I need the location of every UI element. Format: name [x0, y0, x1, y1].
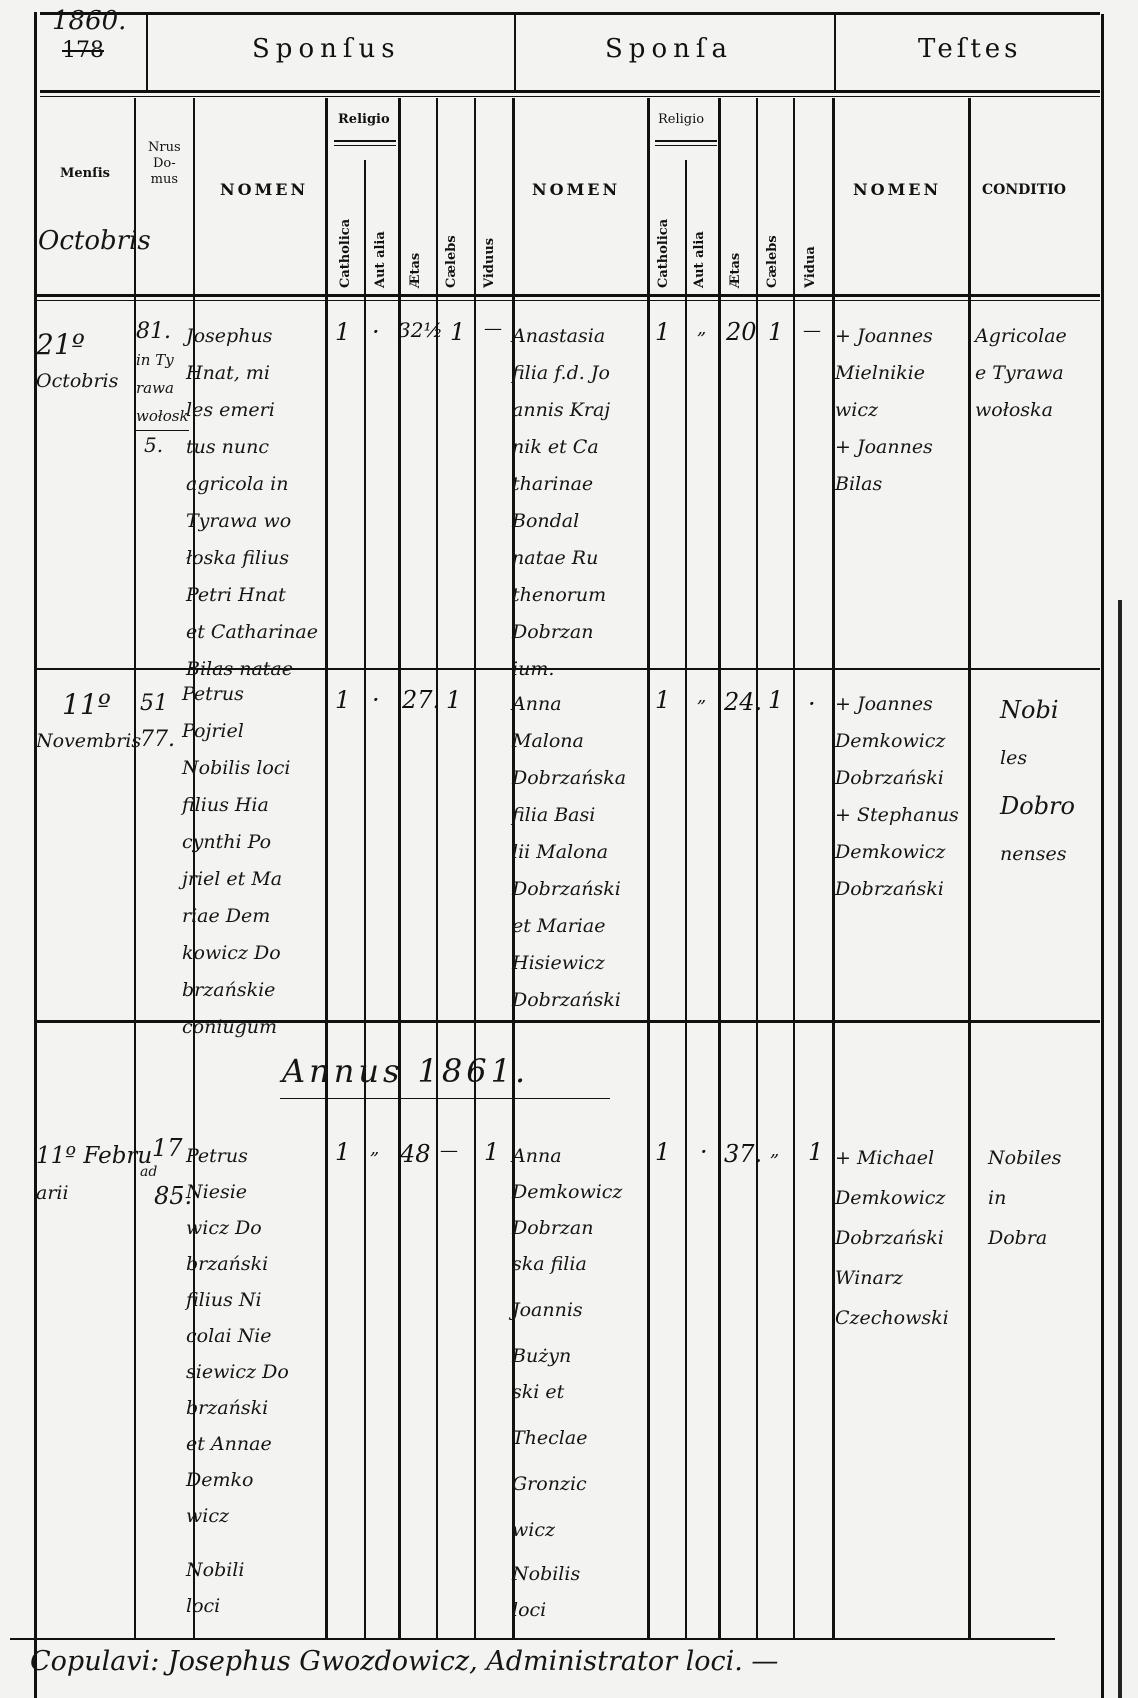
- entry-1-testis-line: + Joannes: [835, 318, 933, 355]
- entry-1-sponsus-line: Tyrawa wo: [186, 503, 318, 540]
- entry-3-conditio-line: Nobiles: [988, 1138, 1061, 1178]
- religio-rule-sponsa: [655, 140, 717, 142]
- entry-3-testes-conditio: Nobiles in Dobra: [988, 1138, 1061, 1258]
- entry-1-sponsus-aetas: 32½: [398, 318, 443, 342]
- entry-1-testis-line: + Joannes: [835, 429, 933, 466]
- entry-1-domus: 81. in Ty rawa wołosk 5.: [136, 318, 189, 459]
- group-header-rule: [40, 90, 1100, 93]
- entry-1-domus-3: rawa: [136, 374, 189, 402]
- entry-2-sponsa-aut-alia: „: [697, 686, 706, 707]
- entry-3-date: 11º Febru arii: [36, 1138, 152, 1212]
- entry-2-sponsus-aetas: 27.: [402, 686, 440, 714]
- entry-3-sponsus-line: colai Nie: [186, 1318, 289, 1354]
- entry-2-sponsa-catholica: 1: [655, 686, 670, 714]
- entry-1-sponsus-nomen: Josephus Hnat, mi les emeri tus nunc agr…: [186, 318, 318, 688]
- entry-2-sponsa-line: Dobrzański: [512, 871, 626, 908]
- entry-3-sponsa-line: Demkowicz: [512, 1174, 622, 1210]
- col-line-sponsa-nomen: [647, 98, 650, 1638]
- entry-2-testis-line: + Joannes: [835, 686, 959, 723]
- frame-right-outer: [1118, 600, 1122, 1698]
- entry-3-sponsus-line: Petrus: [186, 1138, 289, 1174]
- entry-3-sponsus-line: Demko: [186, 1462, 289, 1498]
- entry-3-conditio-line: in: [988, 1178, 1061, 1218]
- col-line-sponsus-nomen: [325, 98, 328, 1638]
- entry-2-sponsus-line: filius Hia: [182, 787, 290, 824]
- entry-3-sponsus-line: Nobili: [186, 1552, 289, 1588]
- entry-1-domus-2: in Ty: [136, 346, 189, 374]
- col-header-sponsus-aut-alia: Aut alia: [373, 231, 388, 288]
- entry-3-day-month: 11º Febru: [36, 1138, 152, 1175]
- entry-3-sponsa-line: ski et: [512, 1374, 622, 1410]
- entry-3-sponsus-line: loci: [186, 1588, 289, 1624]
- entry-3-domus-2: ad: [140, 1160, 192, 1184]
- entry-1-sponsa-line: natae Ru: [512, 540, 610, 577]
- entry-3-domus-1: 17: [140, 1136, 192, 1160]
- entry-2-sponsa-nomen: Anna Malona Dobrzańska filia Basi lii Ma…: [512, 686, 626, 1019]
- entry-2-sponsus-line: Petrus: [182, 676, 290, 713]
- entry-2-sponsa-vidua: ·: [808, 690, 816, 718]
- entry-1-sponsa-line: Dobrzan: [512, 614, 610, 651]
- entry-1-domus-4: wołosk: [136, 402, 189, 430]
- entry-2-conditio-line: Dobro: [1000, 782, 1075, 830]
- entry-2-sponsus-aut-alia: ·: [372, 686, 380, 714]
- entry-2-sponsus-caelebs: 1: [446, 686, 461, 714]
- entry-1-month: Octobris: [36, 363, 118, 400]
- entry-3-sponsus-nomen: Petrus Niesie wicz Do brzański filius Ni…: [186, 1138, 289, 1624]
- entry-1-testis-line: Bilas: [835, 466, 933, 503]
- entry-3-sponsa-aetas: 37.: [724, 1140, 762, 1168]
- year-divider-underline: [280, 1098, 610, 1099]
- entry-2-testis-line: Demkowicz: [835, 723, 959, 760]
- col-header-sponsa-aetas: Ætas: [728, 253, 743, 288]
- sep-page-sponsus: [146, 14, 148, 92]
- entry-3-sponsa-line: Gronzic: [512, 1466, 622, 1502]
- entry-3-testis-line: Dobrzański: [835, 1218, 949, 1258]
- priest-signature: Copulavi: Josephus Gwozdowicz, Administr…: [30, 1646, 778, 1677]
- col-header-sponsus-caelebs: Cælebs: [444, 235, 459, 288]
- entry-1-sponsus-line: les emeri: [186, 392, 318, 429]
- entries-end-rule: [10, 1638, 1055, 1640]
- frame-left: [34, 12, 37, 1698]
- entry-1-testis-line: Mielnikie: [835, 355, 933, 392]
- entry-2-conditio-line: les: [1000, 734, 1075, 782]
- entry-1-sponsa-line: filia f.d. Jo: [512, 355, 610, 392]
- group-label-sponsus: Sponſus: [252, 34, 401, 64]
- entry-2-sponsus-nomen: Petrus Pojriel Nobilis loci filius Hia c…: [182, 676, 290, 1046]
- entry-2-sponsus-line: cynthi Po: [182, 824, 290, 861]
- entry-3-sponsa-nomen: Anna Demkowicz Dobrzan ska filia Joannis…: [512, 1138, 622, 1628]
- entry-1-sponsus-line: tus nunc: [186, 429, 318, 466]
- entry-2-testis-line: Dobrzański: [835, 760, 959, 797]
- domus-label-1: Do-: [148, 156, 181, 172]
- entry-3-domus-3: 85.: [140, 1184, 192, 1208]
- entry-2-testis-line: Dobrzański: [835, 871, 959, 908]
- entry-3-sponsus-catholica: 1: [335, 1138, 350, 1166]
- column-header-rule-2: [36, 300, 1100, 301]
- entry-3-sponsa-line: loci: [512, 1592, 622, 1628]
- entry-1-sponsus-aut-alia: ·: [372, 318, 380, 346]
- entry-2-sponsa-line: Dobrzański: [512, 982, 626, 1019]
- entry-2-sponsa-line: et Mariae: [512, 908, 626, 945]
- entry-2-domus-2: 77.: [140, 722, 175, 758]
- entry-2-sponsus-line: riae Dem: [182, 898, 290, 935]
- entry-2-testis-line: + Stephanus: [835, 797, 959, 834]
- col-line-testes-nomen: [968, 98, 971, 1638]
- entry-1-sponsus-line: łoska filius: [186, 540, 318, 577]
- entry-2-sponsa-line: Malona: [512, 723, 626, 760]
- entry-3-sponsa-line: Theclae: [512, 1420, 622, 1456]
- entry-2-sponsus-line: jriel et Ma: [182, 861, 290, 898]
- entry-2-sponsa-line: filia Basi: [512, 797, 626, 834]
- top-rule: [40, 12, 1100, 15]
- domus-label-2: mus: [148, 172, 181, 188]
- entry-2-sponsa-line: lii Malona: [512, 834, 626, 871]
- entry-1-sponsus-caelebs: 1: [450, 318, 465, 346]
- entry-1-sponsa-line: tharinae: [512, 466, 610, 503]
- entry-1-sponsa-line: thenorum: [512, 577, 610, 614]
- entry-1-sponsa-line: annis Kraj: [512, 392, 610, 429]
- entry-3-sponsa-aut-alia: ·: [700, 1138, 708, 1166]
- col-header-sponsus-aetas: Ætas: [408, 253, 423, 288]
- entry-2-sponsus-catholica: 1: [335, 686, 350, 714]
- entry-2-month: Novembris: [36, 723, 141, 760]
- col-header-sponsa-aut-alia: Aut alia: [692, 231, 707, 288]
- entry-2-sponsa-line: Anna: [512, 686, 626, 723]
- entry-1-sponsus-line: Josephus: [186, 318, 318, 355]
- col-header-sponsa-nomen: NOMEN: [532, 180, 620, 199]
- entry-2-conditio-line: Nobi: [1000, 686, 1075, 734]
- entry-1-testis-line: wicz: [835, 392, 933, 429]
- entry-3-sponsus-line: brzański: [186, 1246, 289, 1282]
- entry-3-testis-line: + Michael: [835, 1138, 949, 1178]
- entry-1-sponsa-catholica: 1: [655, 318, 670, 346]
- entry-2-sponsa-caelebs: 1: [768, 686, 783, 714]
- entry-3-sponsus-aetas: 48: [400, 1140, 431, 1168]
- entry-1-testes-conditio: Agricolae e Tyrawa wołoska: [975, 318, 1067, 429]
- entry-1-date: 21º Octobris: [36, 326, 118, 400]
- entry-2-sponsus-line: kowicz Do: [182, 935, 290, 972]
- entry-1-sponsa-line: nik et Ca: [512, 429, 610, 466]
- col-line-sponsa-aut: [718, 98, 721, 1638]
- entry-3-testis-line: Winarz: [835, 1258, 949, 1298]
- entry-3-sponsa-caelebs: „: [770, 1140, 779, 1161]
- entry-3-testis-line: Czechowski: [835, 1298, 949, 1338]
- col-line-sponsus-cath: [364, 160, 366, 1638]
- entry-2-sponsus-line: coniugum: [182, 1009, 290, 1046]
- col-line-sponsa-caelebs: [793, 98, 795, 1638]
- entry-3-sponsus-caelebs: —: [440, 1140, 458, 1161]
- entry-3-sponsus-viduus: 1: [484, 1138, 499, 1166]
- entry-1-sponsa-vidua: —: [803, 320, 821, 341]
- col-header-sponsus-catholica: Catholica: [338, 219, 353, 288]
- col-header-sponsus-viduus: Viduus: [482, 238, 497, 288]
- entry-3-sponsa-line: ska filia: [512, 1246, 622, 1282]
- group-label-sponsa: Sponſa: [605, 34, 733, 64]
- entry-3-sponsa-line: Bużyn: [512, 1338, 622, 1374]
- entry-3-sponsa-line: Nobilis: [512, 1556, 622, 1592]
- entry-2-testis-line: Demkowicz: [835, 834, 959, 871]
- column-header-rule: [36, 294, 1100, 297]
- entry-2-domus: 51 77.: [140, 686, 175, 758]
- entry-1-domus-5: 5.: [136, 430, 189, 459]
- entry-1-sponsus-line: agricola in: [186, 466, 318, 503]
- entry-1-day: 21º: [36, 326, 118, 363]
- year-handwritten: 1860.: [52, 6, 126, 36]
- entry-1-sponsa-line: Anastasia: [512, 318, 610, 355]
- entry-1-conditio-line: wołoska: [975, 392, 1067, 429]
- col-header-sponsus-religio: Religio: [338, 112, 390, 127]
- col-header-mensis: Menſis: [60, 166, 110, 181]
- entry-3-month-end: arii: [36, 1175, 152, 1212]
- entry-2-testes-nomen: + Joannes Demkowicz Dobrzański + Stephan…: [835, 686, 959, 908]
- month-handwritten: Octobris: [38, 226, 151, 256]
- entry-1-sponsa-caelebs: 1: [768, 318, 783, 346]
- page-number-struck: 178: [62, 38, 104, 63]
- entry-3-sponsus-line: brzański: [186, 1390, 289, 1426]
- col-header-testes-nomen: NOMEN: [853, 180, 941, 199]
- entry-1-domus-1: 81.: [136, 318, 189, 346]
- entry-3-conditio-line: Dobra: [988, 1218, 1061, 1258]
- group-header-rule-2: [40, 96, 1100, 97]
- entry-1-sponsa-line: ium.: [512, 651, 610, 688]
- col-line-sponsa-cath: [685, 160, 687, 1638]
- entry-2-sponsus-line: Nobilis loci: [182, 750, 290, 787]
- year-divider: Annus 1861.: [282, 1052, 529, 1090]
- entry-1-sponsus-line: Hnat, mi: [186, 355, 318, 392]
- entry-3-sponsus-line: wicz Do: [186, 1210, 289, 1246]
- entry-1-sponsus-line: Petri Hnat: [186, 577, 318, 614]
- entry-3-sponsa-line: wicz: [512, 1512, 622, 1548]
- entry-3-sponsa-line: Joannis: [512, 1292, 622, 1328]
- entry-3-sponsus-line: filius Ni: [186, 1282, 289, 1318]
- entry-2-sponsa-line: Hisiewicz: [512, 945, 626, 982]
- col-line-sponsus-caelebs: [474, 98, 476, 1638]
- entry-1-conditio-line: Agricolae: [975, 318, 1067, 355]
- entry-2-sponsa-line: Dobrzańska: [512, 760, 626, 797]
- col-header-nrus-domus: Nrus Do- mus: [148, 140, 181, 188]
- register-page: 1860. 178 Sponſus Sponſa Teſtes Menſis O…: [0, 0, 1138, 1698]
- entry-3-sponsa-line: Dobrzan: [512, 1210, 622, 1246]
- entry-3-sponsus-line: et Annae: [186, 1426, 289, 1462]
- col-header-sponsa-caelebs: Cælebs: [765, 235, 780, 288]
- frame-right: [1101, 14, 1104, 1698]
- nrus-label: Nrus: [148, 140, 181, 156]
- entry-2-date: 11º Novembris: [36, 686, 141, 760]
- entry-1-sponsa-nomen: Anastasia filia f.d. Jo annis Kraj nik e…: [512, 318, 610, 688]
- entry-1-sponsa-line: Bondal: [512, 503, 610, 540]
- entry-3-sponsa-line: Anna: [512, 1138, 622, 1174]
- entry-3-testis-line: Demkowicz: [835, 1178, 949, 1218]
- religio-rule-sponsus-2: [334, 145, 396, 146]
- entry-2-conditio-line: nenses: [1000, 830, 1075, 878]
- religio-rule-sponsa-2: [655, 145, 717, 146]
- entry-3-domus: 17 ad 85.: [140, 1136, 192, 1208]
- entry-3-sponsus-aut-alia: „: [370, 1138, 379, 1159]
- entry-1-sponsus-viduus: —: [484, 318, 502, 339]
- entry-1-sponsa-aetas: 20: [726, 318, 757, 346]
- entry-2-sponsus-line: Pojriel: [182, 713, 290, 750]
- entry-3-sponsa-catholica: 1: [655, 1138, 670, 1166]
- entry-3-sponsa-vidua: 1: [808, 1138, 823, 1166]
- entry-2-sponsus-line: brzańskie: [182, 972, 290, 1009]
- entry-2-day: 11º: [36, 686, 141, 723]
- sep-sponsus-sponsa: [514, 14, 516, 92]
- col-header-sponsa-vidua: Vidua: [803, 246, 818, 288]
- col-header-sponsa-religio: Religio: [658, 112, 704, 127]
- entry-3-sponsus-line: siewicz Do: [186, 1354, 289, 1390]
- entry-3-sponsus-line: wicz: [186, 1498, 289, 1534]
- entry-1-conditio-line: e Tyrawa: [975, 355, 1067, 392]
- entry-1-sponsus-line: et Catharinae: [186, 614, 318, 651]
- entry-1-testes-nomen: + Joannes Mielnikie wicz + Joannes Bilas: [835, 318, 933, 503]
- entry-1-sponsa-aut-alia: „: [697, 318, 706, 339]
- religio-rule-sponsus: [334, 140, 396, 142]
- entry-2-domus-1: 51: [140, 686, 175, 722]
- entry-2-testes-conditio: Nobi les Dobro nenses: [1000, 686, 1075, 878]
- col-header-sponsus-nomen: NOMEN: [220, 180, 308, 199]
- entry-2-sponsa-aetas: 24.: [724, 688, 762, 716]
- sep-sponsa-testes: [834, 14, 836, 92]
- group-label-testes: Teſtes: [918, 34, 1022, 64]
- col-header-testes-conditio: CONDITIO: [982, 182, 1066, 198]
- entry-3-testes-nomen: + Michael Demkowicz Dobrzański Winarz Cz…: [835, 1138, 949, 1338]
- col-header-sponsa-catholica: Catholica: [656, 219, 671, 288]
- entry-3-sponsus-line: Niesie: [186, 1174, 289, 1210]
- entry-1-sponsus-catholica: 1: [335, 318, 350, 346]
